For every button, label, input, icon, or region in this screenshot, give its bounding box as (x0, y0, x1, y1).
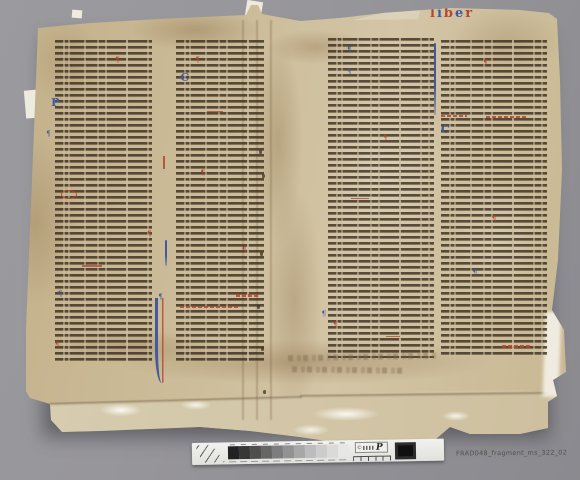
calibration-diagonal-marks (195, 444, 225, 463)
running-title-letter: e (455, 6, 464, 21)
grayscale-patch (305, 445, 316, 458)
rubric-text (502, 345, 532, 348)
corner-fold-wedge (353, 4, 423, 20)
pilcrow-icon: ¶ (473, 269, 477, 277)
running-title-left: lib (128, 11, 143, 21)
later-annotation (288, 353, 438, 362)
later-annotation (292, 366, 402, 374)
text-column-1 (55, 40, 152, 362)
grayscale-patch (261, 446, 272, 459)
grayscale-patch (327, 444, 338, 457)
pilcrow-icon: ¶ (147, 230, 151, 238)
running-title-letter: i (132, 11, 135, 21)
running-title-letter: b (444, 6, 454, 21)
grayscale-patch (250, 446, 261, 459)
pilcrow-icon: ¶ (195, 56, 199, 64)
running-title-right: liber (430, 6, 473, 21)
running-title-letter: l (430, 6, 436, 21)
running-title-letter: i (437, 6, 443, 21)
pilcrow-icon: ¶ (492, 215, 496, 223)
margin-stroke-red (163, 156, 165, 169)
red-underline (207, 111, 223, 112)
pilcrow-icon: ¶ (115, 56, 119, 64)
copyright-icon: © (357, 445, 362, 451)
photo-stage: lib liber ¶P¶¶¶¶¶C¶¶¶¶¶¶¶¶¶C¶¶ © P FRAD0… (0, 0, 580, 480)
decorated-initial: P (51, 96, 59, 109)
flourish-blue (434, 43, 436, 115)
pilcrow-icon: ¶ (383, 134, 387, 142)
grayscale-patch (294, 445, 305, 458)
pilcrow-icon: ¶ (201, 169, 205, 177)
pilcrow-icon: ¶ (347, 46, 351, 54)
black-density-patch (395, 442, 416, 459)
running-title-letter: r (465, 6, 473, 21)
decorated-initial: C (180, 71, 189, 84)
decorated-initial (155, 298, 172, 383)
red-underline (386, 336, 400, 337)
rubric-text (486, 116, 528, 119)
calibration-logo-letter: P (376, 442, 383, 452)
running-title-letter: b (137, 11, 143, 21)
grayscale-patches (228, 444, 349, 459)
grayscale-patch (228, 446, 239, 459)
grayscale-patch (272, 445, 283, 458)
rubric-text (180, 306, 238, 309)
photo-label: FRAD048_fragment_ms_322_02 (456, 449, 567, 458)
paper-tab-topleft (72, 10, 83, 19)
manuscript-fragment: lib liber ¶P¶¶¶¶¶C¶¶¶¶¶¶¶¶¶C¶¶ (26, 2, 570, 448)
grayscale-patch (338, 444, 349, 457)
pilcrow-icon: ¶ (333, 321, 337, 329)
red-underline (82, 265, 102, 266)
calibration-logo: © P (355, 442, 388, 454)
pilcrow-icon: ¶ (242, 246, 246, 254)
flourish-blue (165, 240, 167, 266)
running-title-letter: l (128, 11, 131, 21)
pilcrow-icon: ¶ (58, 290, 62, 298)
grayscale-patch (316, 445, 327, 458)
pilcrow-icon: ¶ (46, 130, 50, 138)
grayscale-patch (239, 446, 250, 459)
pilcrow-icon: ¶ (347, 68, 351, 76)
pilcrow-icon: ¶ (483, 59, 487, 67)
red-circle (61, 190, 77, 199)
text-column-2 (176, 40, 264, 362)
rubric-text (441, 115, 467, 118)
pilcrow-icon: ¶ (322, 310, 326, 318)
rubric-text (236, 294, 258, 297)
text-column-3 (328, 38, 434, 358)
grayscale-patch (283, 445, 294, 458)
calibration-logo-text (363, 445, 375, 449)
gutter-crease (270, 20, 272, 420)
red-underline (351, 198, 369, 199)
sewing-hole (263, 390, 266, 394)
text-column-4 (441, 40, 547, 358)
ruler-scale-icon (353, 456, 391, 462)
pilcrow-icon: ¶ (55, 341, 59, 349)
calibration-bar: © P (192, 439, 444, 465)
decorated-initial: C (441, 123, 450, 136)
